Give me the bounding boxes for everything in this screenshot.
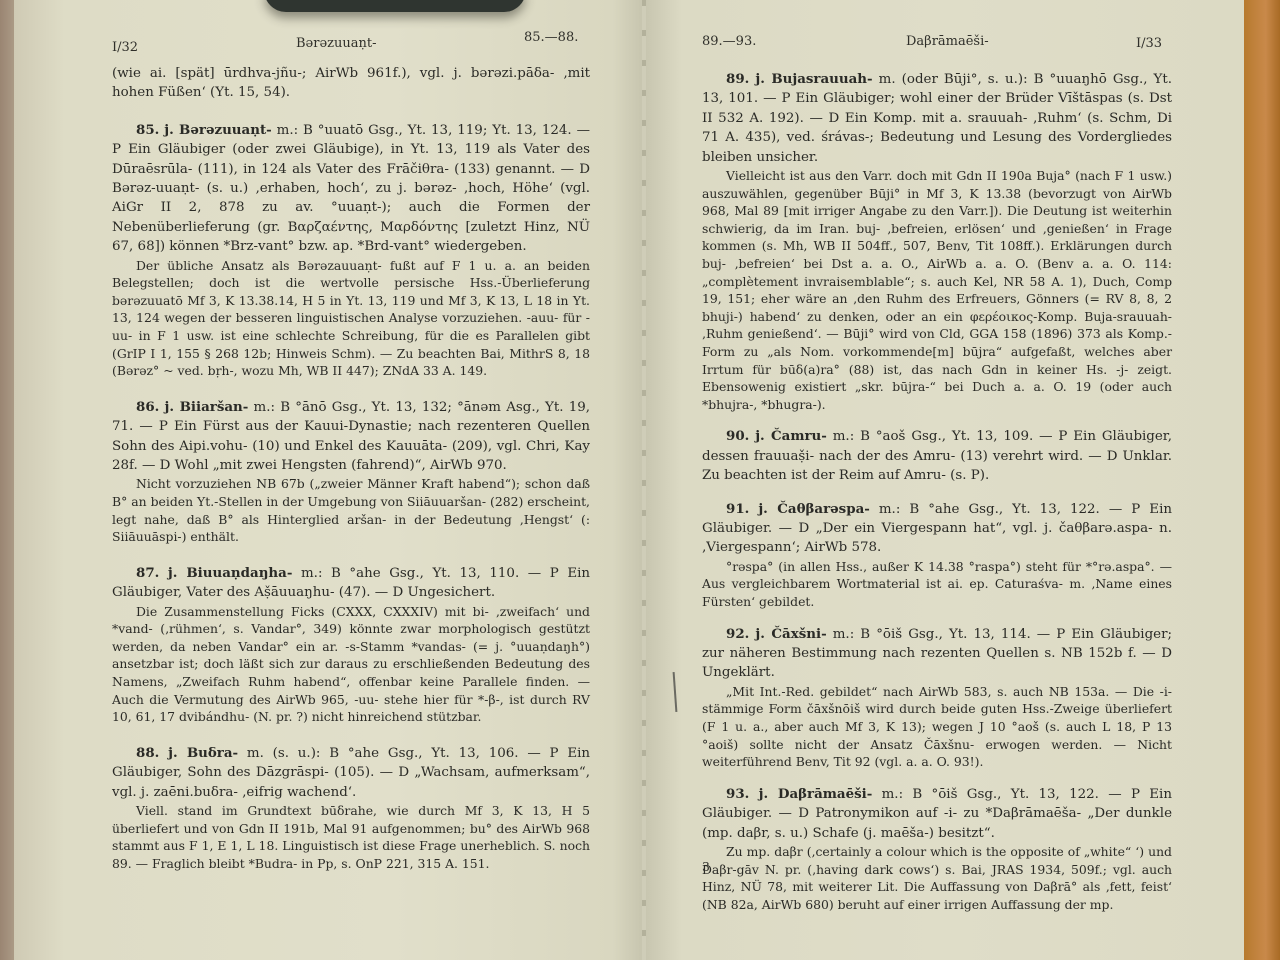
right-page: 89.—93. Daβrāmaēši- I/33 89. j. Bujasrau…: [646, 0, 1244, 960]
entry-notes: Vielleicht ist aus den Varr. doch mit Gd…: [702, 167, 1172, 413]
entry-number: 85.: [136, 122, 159, 138]
continuation-text: (wie ai. [spät] ūrdhva-jñu-; AirWb 961f.…: [112, 64, 590, 103]
entry-number: 88.: [136, 745, 159, 761]
dictionary-entry: 85. j. Bərəzuuaṇt- m.: B °uuatō Gsg., Yt…: [112, 121, 590, 380]
entry-headword: j. Čamru-: [755, 428, 827, 444]
dictionary-entry: 89. j. Bujasrauuah- m. (oder Būji°, s. u…: [702, 70, 1172, 413]
left-page-body: (wie ai. [spät] ūrdhva-jñu-; AirWb 961f.…: [112, 64, 590, 872]
dictionary-entry: 88. j. Buδra- m. (s. u.): B °ahe Gsg., Y…: [112, 744, 590, 873]
entry-notes: Die Zusammenstellung Ficks (CXXX, CXXXIV…: [112, 603, 590, 726]
entry-headword: j. Biiaršan-: [165, 399, 249, 415]
entry-notes: Der übliche Ansatz als Bərəzauuaṇt- fußt…: [112, 257, 590, 380]
entry-notes: „Mit Int.-Red. gebildet“ nach AirWb 583,…: [702, 683, 1172, 771]
entry-number: 87.: [136, 565, 159, 581]
open-book: I/32 Bərəzuuaṇt- 85.—88. (wie ai. [spät]…: [14, 0, 1264, 960]
entry-headword: j. Bərəzuuaṇt-: [164, 122, 271, 138]
dictionary-entry: 92. j. Čāxšni- m.: B °ōiš Gsg., Yt. 13, …: [702, 625, 1172, 771]
entry-notes: Nicht vorzuziehen NB 67b („zweier Männer…: [112, 475, 590, 545]
entry-notes: Viell. stand im Grundtext būδrahe, wie d…: [112, 802, 590, 872]
entry-headword: j. Daβrāmaēši-: [759, 786, 873, 802]
dictionary-entry: 86. j. Biiaršan- m.: B °ānō Gsg., Yt. 13…: [112, 398, 590, 546]
dictionary-entry: 93. j. Daβrāmaēši- m.: B °ōiš Gsg., Yt. …: [702, 785, 1172, 914]
left-entry-range: 85.—88.: [524, 30, 578, 45]
entry-notes: Zu mp. daβr (‚certainly a colour which i…: [702, 843, 1172, 913]
dictionary-entry: 87. j. Biuuaṇdaŋha- m.: B °ahe Gsg., Yt.…: [112, 564, 590, 726]
left-running-head: Bərəzuuaṇt-: [296, 36, 377, 51]
book-cover-edge: [1244, 0, 1280, 960]
right-running-head: Daβrāmaēši-: [906, 34, 989, 49]
entry-headword: j. Bujasrauuah-: [755, 71, 872, 87]
entry-headword: j. Čāxšni-: [755, 626, 826, 642]
entry-notes: °rəspa° (in allen Hss., außer K 14.38 °r…: [702, 558, 1172, 611]
signature-mark: 3: [702, 858, 710, 876]
entry-headword: j. Buδra-: [168, 745, 238, 761]
right-page-body: 89. j. Bujasrauuah- m. (oder Būji°, s. u…: [702, 70, 1172, 913]
entry-number: 93.: [726, 786, 749, 802]
dictionary-entry: 90. j. Čamru- m.: B °aoš Gsg., Yt. 13, 1…: [702, 427, 1172, 485]
left-page: I/32 Bərəzuuaṇt- 85.—88. (wie ai. [spät]…: [14, 0, 644, 960]
entry-headword: j. Biuuaṇdaŋha-: [168, 565, 293, 581]
entry-headword: j. Čaθβarəspa-: [758, 501, 870, 517]
right-page-number: I/33: [1136, 36, 1162, 51]
page-clip: [264, 0, 526, 12]
entry-number: 92.: [726, 626, 749, 642]
entry-number: 91.: [726, 501, 749, 517]
entry-number: 90.: [726, 428, 749, 444]
left-page-number: I/32: [112, 40, 138, 55]
entry-main-text: m.: B °uuatō Gsg., Yt. 13, 119; Yt. 13, …: [112, 123, 590, 254]
entry-number: 86.: [136, 399, 159, 415]
entry-number: 89.: [726, 71, 749, 87]
dictionary-entry: 91. j. Čaθβarəspa- m.: B °ahe Gsg., Yt. …: [702, 500, 1172, 611]
right-entry-range: 89.—93.: [702, 34, 756, 49]
